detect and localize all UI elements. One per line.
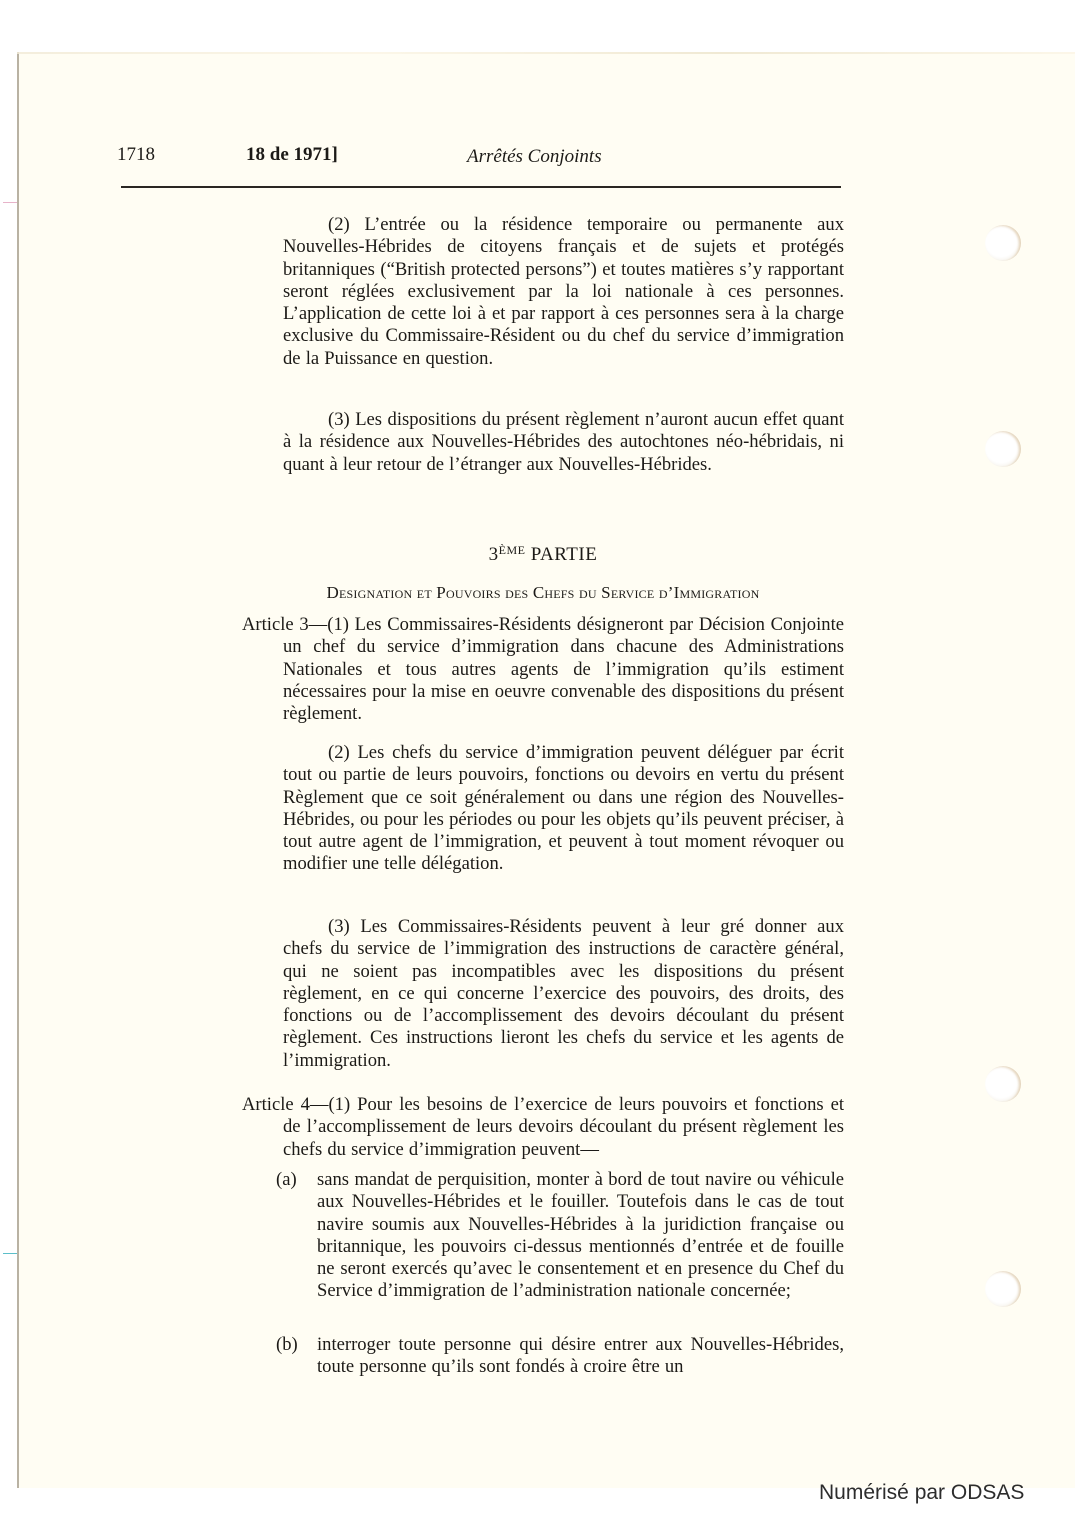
page-number: 1718 — [117, 144, 155, 166]
item-text: sans mandat de perquisition, monter à bo… — [317, 1169, 844, 1301]
item-text: interroger toute personne qui désire ent… — [317, 1334, 844, 1377]
running-header: 1718 18 de 1971] Arrêtés Conjoints — [0, 144, 1075, 172]
page-top-edge — [17, 52, 1075, 54]
running-title: Arrêtés Conjoints — [467, 146, 602, 168]
article-3-paragraph-3: (3) Les Commissaires-Résidents peuvent à… — [283, 916, 844, 1072]
article-4-paragraph-1: Article 4—(1) Pour les besoins de l’exer… — [242, 1094, 844, 1161]
part-ordinal-suffix: ÈME — [499, 543, 526, 557]
scan-edge-mark — [3, 202, 17, 203]
punch-hole-icon — [985, 431, 1021, 467]
article-3-paragraph-2: (2) Les chefs du service d’immigration p… — [283, 742, 844, 876]
punch-hole-icon — [985, 1066, 1021, 1102]
section-heading: Designation et Pouvoirs des Chefs du Ser… — [242, 583, 844, 603]
punch-hole-icon — [985, 1271, 1021, 1307]
ordinance-reference: 18 de 1971] — [246, 144, 338, 166]
paragraph-2-2: (2) L’entrée ou la résidence temporaire … — [283, 214, 844, 370]
part-label: PARTIE — [531, 544, 598, 565]
part-heading: 3ÈME PARTIE — [242, 543, 844, 566]
item-label: (b) — [276, 1334, 317, 1356]
item-label: (a) — [276, 1169, 317, 1191]
article-3-paragraph-1: Article 3—(1) Les Commissaires-Résidents… — [242, 614, 844, 725]
punch-hole-icon — [985, 225, 1021, 261]
article-4-item-a: (a)sans mandat de perquisition, monter à… — [276, 1169, 844, 1303]
paragraph-2-3: (3) Les dispositions du présent règlemen… — [283, 409, 844, 476]
scan-edge-mark — [3, 1253, 17, 1254]
part-number: 3 — [489, 544, 499, 565]
digitization-watermark: Numérisé par ODSAS — [819, 1481, 1024, 1505]
header-divider — [121, 186, 841, 188]
article-4-item-b: (b)interroger toute personne qui désire … — [276, 1334, 844, 1379]
